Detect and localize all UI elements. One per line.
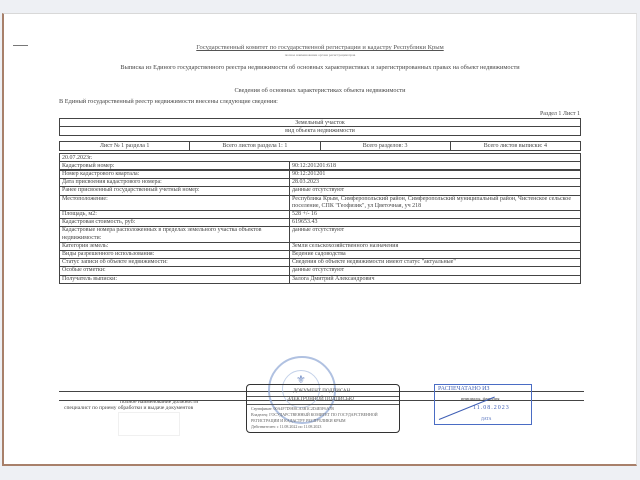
row-value: данные отсутствуют [290,267,581,275]
row-label: Номер кадастрового квартала: [60,171,290,179]
sheet-info-row: Лист № 1 раздела 1 Всего листов раздела … [59,141,581,151]
row-value: данные отсутствуют [290,187,581,195]
row-value: 28.03.2023 [290,179,581,187]
document-title: Выписка из Единого государственного реес… [0,64,640,71]
row-label: Кадастровая стоимость, руб: [60,219,290,227]
electronic-signature-stamp: ДОКУМЕНТ ПОДПИСАН ЭЛЕКТРОННОЙ ПОДПИСЬЮ С… [246,384,400,433]
table-row: Номер кадастрового квартала:90:12:201201 [60,171,581,179]
table-row: Получатель выписки:Залога Дмитрий Алекса… [60,275,581,283]
row-label: Особые отметки: [60,267,290,275]
cadastral-number-row: Кадастровый номер: 90:12:201201:618 [59,161,581,170]
printed-stamp-date: 11.08.2023 [473,405,510,411]
intro-text: В Единый государственный реестр недвижим… [59,98,278,105]
total-sheets: Всего листов выписки: 4 [451,142,580,150]
esign-owner: Владелец: ГОСУДАРСТВЕННЫЙ КОМИТЕТ ПО ГОС… [251,412,378,417]
printed-stamp: РАСПЕЧАТАНО ИЗ инициалы, фамилия 11.08.2… [434,384,532,425]
table-row: Особые отметки:данные отсутствуют [60,267,581,275]
row-value: Залога Дмитрий Александрович [290,275,581,283]
row-value: Земли сельскохозяйственного назначения [290,242,581,250]
table-row: Дата присвоения кадастрового номера:28.0… [60,179,581,187]
table-row: Кадастровые номера расположенных в преде… [60,227,581,242]
printed-stamp-date-caption: ДАТА [481,416,491,421]
divider [247,404,399,405]
property-details-table: Номер кадастрового квартала:90:12:201201… [59,170,581,284]
esign-validity: Действителен: с 11.08.2022 по 11.08.2023 [251,424,321,429]
row-label: Категория земель: [60,242,290,250]
total-sections: Всего разделов: 3 [321,142,451,150]
section-title: Сведения об основных характеристиках объ… [0,87,640,94]
row-label: Кадастровые номера расположенных в преде… [60,227,290,242]
table-row: Ранее присвоенный государственный учетны… [60,187,581,195]
row-value: Сведения об объекте недвижимости имеют с… [290,259,581,267]
esign-owner-cont: РЕГИСТРАЦИИ И КАДАСТРУ РЕСПУБЛИКИ КРЫМ [251,418,346,423]
row-value: 528 +/- 16 [290,211,581,219]
table-row: Статус записи об объекте недвижимости:Св… [60,259,581,267]
issuer-name: Государственный комитет по государственн… [0,44,640,51]
bleed-through [118,412,180,436]
row-label: Дата присвоения кадастрового номера: [60,179,290,187]
sheet-number: Лист № 1 раздела 1 [60,142,190,150]
table-row: Площадь, м2:528 +/- 16 [60,211,581,219]
table-row: Кадастровая стоимость, руб:619653.43 [60,219,581,227]
esign-certificate: Сертификат: 00A4F7D9E8CA3B1C2D4E5F6A7B [251,406,334,411]
object-type: Земельный участок [59,118,581,127]
table-row: Местоположение:Республика Крым, Симфероп… [60,195,581,210]
row-label: Местоположение: [60,195,290,210]
row-value: 90:12:201201 [290,171,581,179]
total-sheets-section: Всего листов раздела 1: 1 [190,142,320,150]
cadastral-number-value: 90:12:201201:618 [290,162,336,169]
esign-title: ДОКУМЕНТ ПОДПИСАН [293,389,350,394]
signer-position: специалист по приему обработки и выдаче … [64,405,193,411]
row-label: Статус записи об объекте недвижимости: [60,259,290,267]
sheet-reference: Раздел 1 Лист 1 [540,111,580,117]
row-value: Ведение садоводства [290,251,581,259]
row-label: Виды разрешенного использования: [60,251,290,259]
table-row: Виды разрешенного использования:Ведение … [60,251,581,259]
row-value: Республика Крым, Симферопольский район, … [290,195,581,210]
cadastral-number-label: Кадастровый номер: [60,162,290,169]
printed-stamp-title: РАСПЕЧАТАНО ИЗ [438,386,490,392]
row-value: данные отсутствуют [290,227,581,242]
table-row: Категория земель:Земли сельскохозяйствен… [60,242,581,250]
row-label: Ранее присвоенный государственный учетны… [60,187,290,195]
row-label: Площадь, м2: [60,211,290,219]
row-value: 619653.43 [290,219,581,227]
esign-subtitle: ЭЛЕКТРОННОЙ ПОДПИСЬЮ [287,397,354,402]
object-type-caption: вид объекта недвижимости [59,127,581,136]
row-label: Получатель выписки: [60,275,290,283]
issuer-caption: полное наименование органа регистрации п… [0,53,640,57]
